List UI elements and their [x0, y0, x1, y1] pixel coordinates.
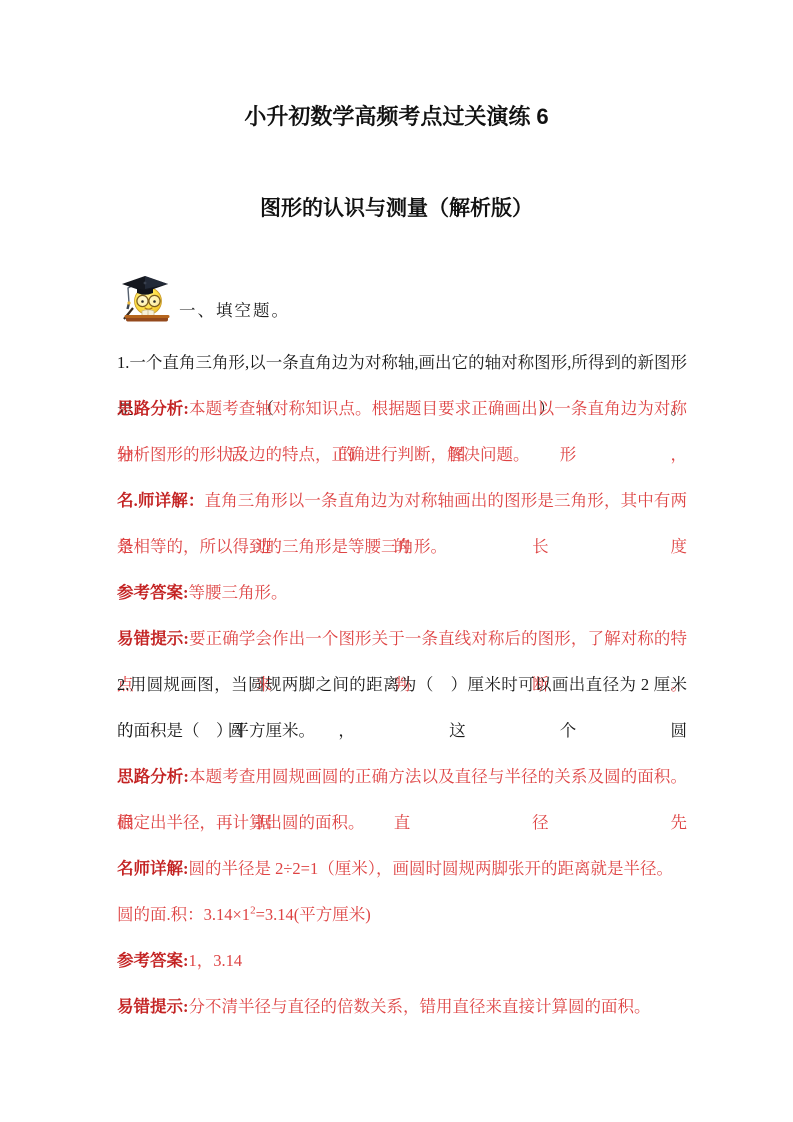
teacher-detail-label: 名师详解:: [117, 859, 189, 878]
q2-tip-line: 易错提示:分不清半径与直径的倍数关系，错用直径来直接计算圆的面积。: [117, 984, 687, 1030]
document-page: 小升初数学高频考点过关演练 6 图形的认识与测量（解析版）: [0, 0, 793, 1122]
analysis-label: 思路分析:: [117, 767, 189, 786]
q1-analysis-line-1: 思路分析:本题考查轴对称知识点。根据题目要求正确画出以一条直角边为对称轴后的图形…: [117, 386, 687, 432]
analysis-text: 分析图形的形状及边的特点，正确进行判断，解决问题。: [117, 445, 530, 464]
q1-detail-line-1: 名.师详解：直角三角形以一条直角边为对称轴画出的图形是三角形，其中有两条边的长度: [117, 478, 687, 524]
question-1-text: 1.一个直角三角形,以一条直角边为对称轴,画出它的轴对称图形,所得到的新图形是（…: [117, 340, 687, 386]
question-2-line-1: 2.用圆规画图，当圆规两脚之间的距离为（ ）厘米时可以画出直径为 2 厘米的圆，…: [117, 662, 687, 708]
q2-detail-line: 名师详解:圆的半径是 2÷2=1（厘米），画圆时圆规两脚张开的距离就是半径。: [117, 846, 687, 892]
q1-tip-line: 易错提示:要正确学会作出一个图形关于一条直线对称后的图形，了解对称的特点来判断。: [117, 616, 687, 662]
area-formula-result: =3.14(平方厘米): [256, 905, 371, 924]
page-title: 小升初数学高频考点过关演练 6: [0, 103, 793, 131]
reference-answer-text: 等腰三角形。: [189, 583, 288, 602]
teacher-detail-label: 名.师详解：: [117, 491, 205, 510]
reference-answer-label: 参考答案:: [117, 951, 189, 970]
error-tip-label: 易错提示:: [117, 629, 189, 648]
q2-area-formula-line: 圆的面.积：3.14×12=3.14(平方厘米): [117, 892, 687, 938]
q2-analysis-line-1: 思路分析:本题考查用圆规画圆的正确方法以及直径与半径的关系及圆的面积。根据直径先: [117, 754, 687, 800]
section-heading: 一、填空题。: [179, 300, 290, 323]
reference-answer-text: 1，3.14: [189, 951, 243, 970]
analysis-text: 确定出半径，再计算出圆的面积。: [117, 813, 365, 832]
error-tip-text: 分不清半径与直径的倍数关系，错用直径来直接计算圆的面积。: [189, 997, 651, 1016]
q2-answer-line: 参考答案:1，3.14: [117, 938, 687, 984]
question-2-sentence: 的面积是（ ）平方厘米。: [117, 721, 315, 740]
teacher-detail-text: 圆的半径是 2÷2=1（厘米），画圆时圆规两脚张开的距离就是半径。: [189, 859, 674, 878]
page-subtitle: 图形的认识与测量（解析版）: [0, 195, 793, 223]
scholar-graduate-emoji-icon: [117, 275, 173, 323]
error-tip-label: 易错提示:: [117, 997, 189, 1016]
q1-answer-line: 参考答案:等腰三角形。: [117, 570, 687, 616]
analysis-label: 思路分析:: [117, 399, 189, 418]
area-formula-text: 圆的面.积：3.14×1: [117, 905, 250, 924]
teacher-detail-text: 是相等的，所以得到的三角形是等腰三角形。: [117, 537, 447, 556]
reference-answer-label: 参考答案:: [117, 583, 189, 602]
document-body: 1.一个直角三角形,以一条直角边为对称轴,画出它的轴对称图形,所得到的新图形是（…: [117, 340, 687, 1030]
section-header: 一、填空题。: [117, 275, 793, 323]
